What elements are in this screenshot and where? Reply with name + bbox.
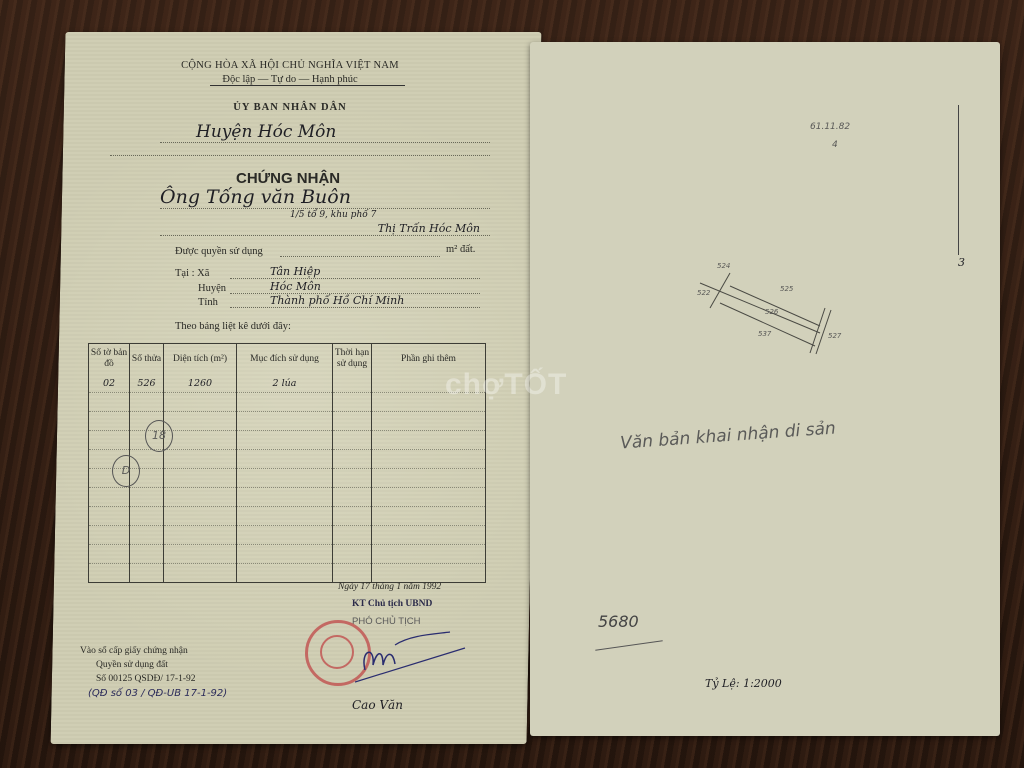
usage-right-label: Được quyền sử dụng — [175, 246, 263, 257]
xa-label: Tại : Xã — [175, 268, 209, 279]
map-note-top: 61.11.82 — [810, 122, 850, 132]
chotot-watermark: chợTỐT — [445, 368, 567, 402]
col-term: Thời hạn sử dụng — [333, 344, 372, 375]
owner-name: Ông Tống văn Buôn — [160, 186, 490, 209]
table-row: 02 526 1260 2 lúa — [89, 374, 486, 393]
map-note-top2: 4 — [832, 140, 838, 150]
annotation-circle-18: 18 — [145, 420, 173, 452]
parcel-537: 537 — [758, 330, 771, 338]
tinh-value: Thành phố Hồ Chí Minh — [230, 294, 480, 308]
huyen-value: Hóc Môn — [230, 280, 480, 294]
parcel-527: 527 — [828, 332, 841, 340]
col-map-sheet: Số tờ bản đồ — [89, 344, 130, 375]
map-scale: Tỷ Lệ: 1:2000 — [705, 677, 782, 690]
table-row — [89, 488, 486, 507]
table-row — [89, 564, 486, 583]
dotted-line — [110, 155, 490, 156]
cell-purpose: 2 lúa — [237, 374, 333, 393]
signature-title-2: PHÓ CHỦ TỊCH — [352, 616, 420, 627]
huyen-label: Huyện — [198, 283, 226, 294]
certificate-title: CHỨNG NHẬN — [236, 170, 340, 187]
registry-decision: (QĐ số 03 / QĐ-UB 17-1-92) — [88, 688, 227, 699]
registry-number: Số 00125 QSDĐ/ 17-1-92 — [96, 674, 196, 684]
republic-header: CỘNG HÒA XÃ HỘI CHỦ NGHĨA VIỆT NAM — [150, 60, 430, 71]
cell-area: 1260 — [164, 374, 237, 393]
margin-line — [958, 105, 959, 255]
col-area: Diện tích (m²) — [164, 344, 237, 375]
registry-line2: Quyền sử dụng đất — [96, 660, 168, 670]
cell-term — [333, 374, 372, 393]
usage-area-blank — [280, 256, 440, 257]
table-intro: Theo bảng liệt kê dưới đây: — [175, 321, 291, 332]
cell-parcel: 526 — [130, 374, 164, 393]
table-row — [89, 507, 486, 526]
parcel-526: 526 — [765, 308, 778, 316]
margin-mark: 3 — [958, 256, 965, 269]
col-parcel: Số thửa — [130, 344, 164, 375]
date-line: Ngày 17 tháng 1 năm 1992 — [338, 582, 441, 592]
map-right-page — [530, 42, 1000, 736]
table-row — [89, 393, 486, 412]
parcel-522: 522 — [697, 289, 710, 297]
address-line2: Thị Trấn Hóc Môn — [160, 222, 490, 236]
number-note: 5680 — [598, 612, 639, 631]
tinh-label: Tỉnh — [198, 297, 218, 308]
land-table: Số tờ bản đồ Số thửa Diện tích (m²) Mục … — [88, 343, 486, 583]
registry-line1: Vào sổ cấp giấy chứng nhận — [80, 646, 188, 656]
header-divider — [210, 85, 405, 86]
table-row — [89, 526, 486, 545]
committee-label: ỦY BAN NHÂN DÂN — [200, 102, 380, 113]
motto: Độc lập — Tự do — Hạnh phúc — [150, 74, 430, 85]
table-header-row: Số tờ bản đồ Số thửa Diện tích (m²) Mục … — [89, 344, 486, 375]
usage-right-unit: m² đất. — [446, 244, 475, 255]
address-line1: 1/5 tổ 9, khu phố 7 — [290, 210, 376, 220]
xa-value: Tân Hiệp — [230, 265, 480, 279]
district-handwritten: Huyện Hóc Môn — [160, 122, 490, 143]
parcel-525: 525 — [780, 285, 793, 293]
signature-title-1: KT Chủ tịch UBND — [352, 599, 432, 609]
table-row — [89, 545, 486, 564]
table-row — [89, 450, 486, 469]
signer-name: Cao Văn — [352, 698, 403, 712]
annotation-circle-d: D — [112, 455, 140, 487]
cell-map-sheet: 02 — [89, 374, 130, 393]
signature-icon — [355, 630, 475, 690]
table-row — [89, 469, 486, 488]
parcel-524: 524 — [717, 262, 730, 270]
col-purpose: Mục đích sử dụng — [237, 344, 333, 375]
